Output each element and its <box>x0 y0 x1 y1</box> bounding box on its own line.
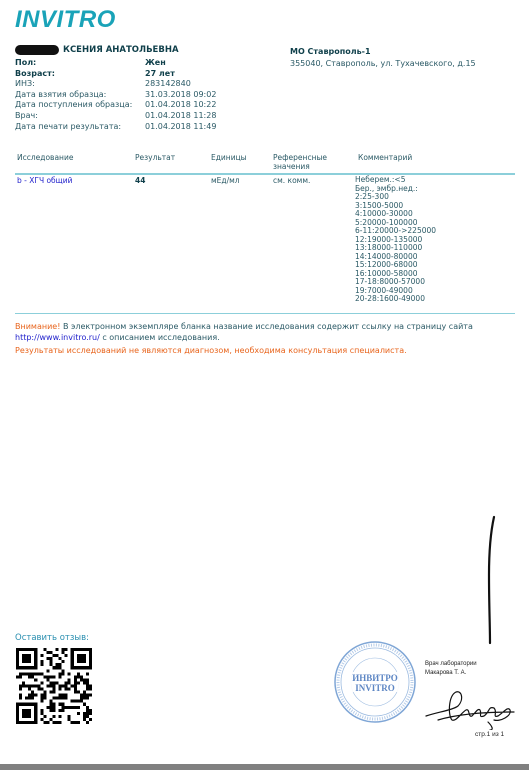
header-comment: Комментарий <box>358 154 412 163</box>
doctor-title: Врач лаборатории <box>425 660 477 669</box>
disclaimer: Результаты исследований не являются диаг… <box>15 346 407 355</box>
field-value: 31.03.2018 09:02 <box>145 90 216 101</box>
patient-field: Пол:Жен <box>15 58 216 69</box>
reference-value: см. комм. <box>273 176 310 185</box>
clinic-name: МО Ставрополь-1 <box>290 46 476 58</box>
pen-mark-icon <box>480 515 500 645</box>
invitro-stamp-icon: ИНВИТРО INVITRO <box>333 640 417 724</box>
feedback-label: Оставить отзыв: <box>15 633 89 643</box>
handwritten-signature-icon <box>418 686 518 730</box>
table-bottom-rule <box>15 313 515 314</box>
svg-text:INVITRO: INVITRO <box>355 683 395 693</box>
svg-text:ИНВИТРО: ИНВИТРО <box>352 673 397 683</box>
units-value: мЕд/мл <box>211 176 240 185</box>
results-table-header: Исследование Результат Единицы Референсн… <box>15 154 515 173</box>
field-label: Возраст: <box>15 69 145 80</box>
bottom-scrollbar[interactable] <box>0 764 529 770</box>
doctor-name: Макарова Т. А. <box>425 669 477 678</box>
invitro-link[interactable]: http://www.invitro.ru/ <box>15 333 100 342</box>
patient-field: ИНЗ:283142840 <box>15 79 216 90</box>
header-units: Единицы <box>211 154 247 163</box>
patient-field: Дата печати результата:01.04.2018 11:49 <box>15 122 216 133</box>
notice-text-after: с описанием исследования. <box>100 333 220 342</box>
table-top-rule <box>15 173 515 175</box>
clinic-address: 355040, Ставрополь, ул. Тухачевского, д.… <box>290 58 476 70</box>
test-name-link[interactable]: b - ХГЧ общий <box>17 176 73 185</box>
clinic-info: МО Ставрополь-1 355040, Ставрополь, ул. … <box>290 46 476 69</box>
field-value: 27 лет <box>145 69 175 80</box>
notice-text: В электронном экземпляре бланка название… <box>60 322 472 331</box>
header-reference: Референсныезначения <box>273 154 327 171</box>
field-label: Пол: <box>15 58 145 69</box>
field-value: 01.04.2018 11:28 <box>145 111 216 122</box>
patient-name-text: КСЕНИЯ АНАТОЛЬЕВНА <box>63 45 179 55</box>
field-label: Дата взятия образца: <box>15 90 145 101</box>
patient-info: Пол:ЖенВозраст:27 летИНЗ:283142840Дата в… <box>15 58 216 132</box>
header-result: Результат <box>135 154 175 163</box>
field-value: 01.04.2018 11:49 <box>145 122 216 133</box>
field-label: Дата поступления образца: <box>15 100 145 111</box>
patient-field: Врач:01.04.2018 11:28 <box>15 111 216 122</box>
header-test: Исследование <box>17 154 73 163</box>
notice: Внимание! В электронном экземпляре бланк… <box>15 321 515 343</box>
comment-value: Неберем.:<5 Бер., эмбр.нед.: 2:25-300 3:… <box>355 176 436 304</box>
field-label: Врач: <box>15 111 145 122</box>
patient-field: Дата взятия образца:31.03.2018 09:02 <box>15 90 216 101</box>
patient-field: Дата поступления образца:01.04.2018 10:2… <box>15 100 216 111</box>
notice-warning: Внимание! <box>15 322 60 331</box>
doctor-signature-block: Врач лаборатории Макарова Т. А. <box>425 660 477 677</box>
field-value: Жен <box>145 58 166 69</box>
patient-field: Возраст:27 лет <box>15 69 216 80</box>
result-value: 44 <box>135 176 145 185</box>
qr-code-icon[interactable] <box>16 648 92 724</box>
field-value: 283142840 <box>145 79 191 90</box>
redacted-surname <box>15 45 59 55</box>
field-label: ИНЗ: <box>15 79 145 90</box>
invitro-logo: INVITRO <box>15 6 116 34</box>
field-value: 01.04.2018 10:22 <box>145 100 216 111</box>
page-number: стр.1 из 1 <box>475 731 504 738</box>
field-label: Дата печати результата: <box>15 122 145 133</box>
patient-name: КСЕНИЯ АНАТОЛЬЕВНА <box>15 45 179 55</box>
